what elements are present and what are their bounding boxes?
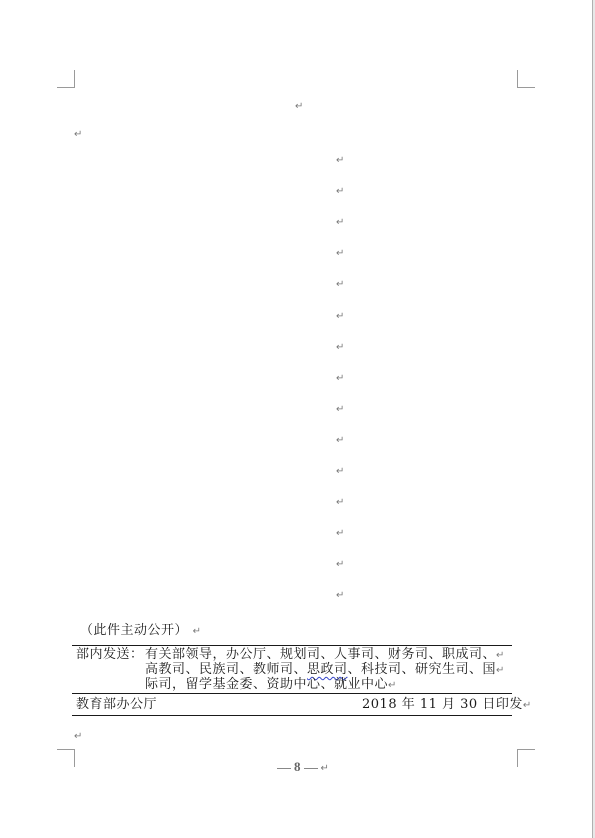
distribution-bottom-rule bbox=[72, 693, 512, 694]
issuer: 教育部办公厅 bbox=[76, 697, 157, 713]
distribution-text: 际司，留学基金委、资助中心、就业中心 bbox=[145, 677, 388, 692]
paragraph-mark-icon: ↵ bbox=[336, 436, 344, 446]
issue-bottom-rule bbox=[72, 715, 512, 716]
paragraph-mark-icon: ↵ bbox=[336, 156, 344, 166]
crop-mark-bottom-right bbox=[517, 749, 535, 767]
paragraph-mark-icon: ↵ bbox=[336, 187, 344, 197]
paragraph-mark-icon: ↵ bbox=[74, 130, 82, 140]
paragraph-mark-icon: ↵ bbox=[496, 665, 505, 676]
paragraph-mark-icon: ↵ bbox=[336, 560, 344, 570]
distribution-text: 有关部领导，办公厅、规划司、人事司、财务司、职成司、 bbox=[145, 647, 496, 662]
distribution-text: 、科技司、研究生司、国 bbox=[348, 662, 497, 677]
distribution-text: 高教司、民族司、教师司、 bbox=[145, 662, 307, 677]
page-number: 8↵ bbox=[274, 759, 329, 775]
paragraph-mark-icon: ↵ bbox=[193, 626, 202, 637]
paragraph-mark-icon: ↵ bbox=[336, 405, 344, 415]
public-note-text: （此件主动公开） bbox=[80, 623, 188, 638]
distribution-line-1: 有关部领导，办公厅、规划司、人事司、财务司、职成司、↵ bbox=[145, 647, 505, 663]
paragraph-mark-icon: ↵ bbox=[523, 700, 532, 711]
page-number-text: 8 bbox=[294, 759, 301, 774]
distribution-top-rule bbox=[72, 645, 512, 646]
issue-date: 2018 年 11 月 30 日印发↵ bbox=[362, 697, 532, 713]
crop-mark-bottom-left bbox=[57, 749, 75, 767]
paragraph-mark-icon: ↵ bbox=[336, 591, 344, 601]
paragraph-mark-icon: ↵ bbox=[388, 680, 397, 691]
paragraph-mark-icon: ↵ bbox=[336, 218, 344, 228]
paragraph-mark-icon: ↵ bbox=[336, 280, 344, 290]
paragraph-mark-icon: ↵ bbox=[336, 312, 344, 322]
spellcheck-flagged-text[interactable]: 思政司 bbox=[307, 662, 348, 677]
paragraph-mark-icon: ↵ bbox=[336, 467, 344, 477]
crop-mark-top-right bbox=[517, 70, 535, 88]
paragraph-mark-icon: ↵ bbox=[336, 249, 344, 259]
public-note: （此件主动公开） ↵ bbox=[80, 623, 202, 639]
dash-left bbox=[277, 768, 291, 769]
paragraph-mark-icon: ↵ bbox=[336, 374, 344, 384]
distribution-line-3: 际司，留学基金委、资助中心、就业中心↵ bbox=[145, 677, 397, 693]
paragraph-mark-icon: ↵ bbox=[336, 529, 344, 539]
paragraph-mark-icon: ↵ bbox=[295, 102, 303, 112]
paragraph-mark-icon: ↵ bbox=[496, 650, 505, 661]
paragraph-mark-icon: ↵ bbox=[321, 763, 329, 774]
paragraph-mark-icon: ↵ bbox=[336, 498, 344, 508]
dash-right bbox=[304, 768, 318, 769]
paragraph-mark-icon: ↵ bbox=[74, 732, 82, 742]
distribution-label: 部内发送： bbox=[76, 647, 144, 663]
distribution-line-2: 高教司、民族司、教师司、思政司、科技司、研究生司、国↵ bbox=[145, 662, 505, 678]
crop-mark-top-left bbox=[57, 70, 75, 88]
paragraph-mark-icon: ↵ bbox=[336, 343, 344, 353]
issue-date-text: 2018 年 11 月 30 日印发 bbox=[362, 697, 523, 712]
